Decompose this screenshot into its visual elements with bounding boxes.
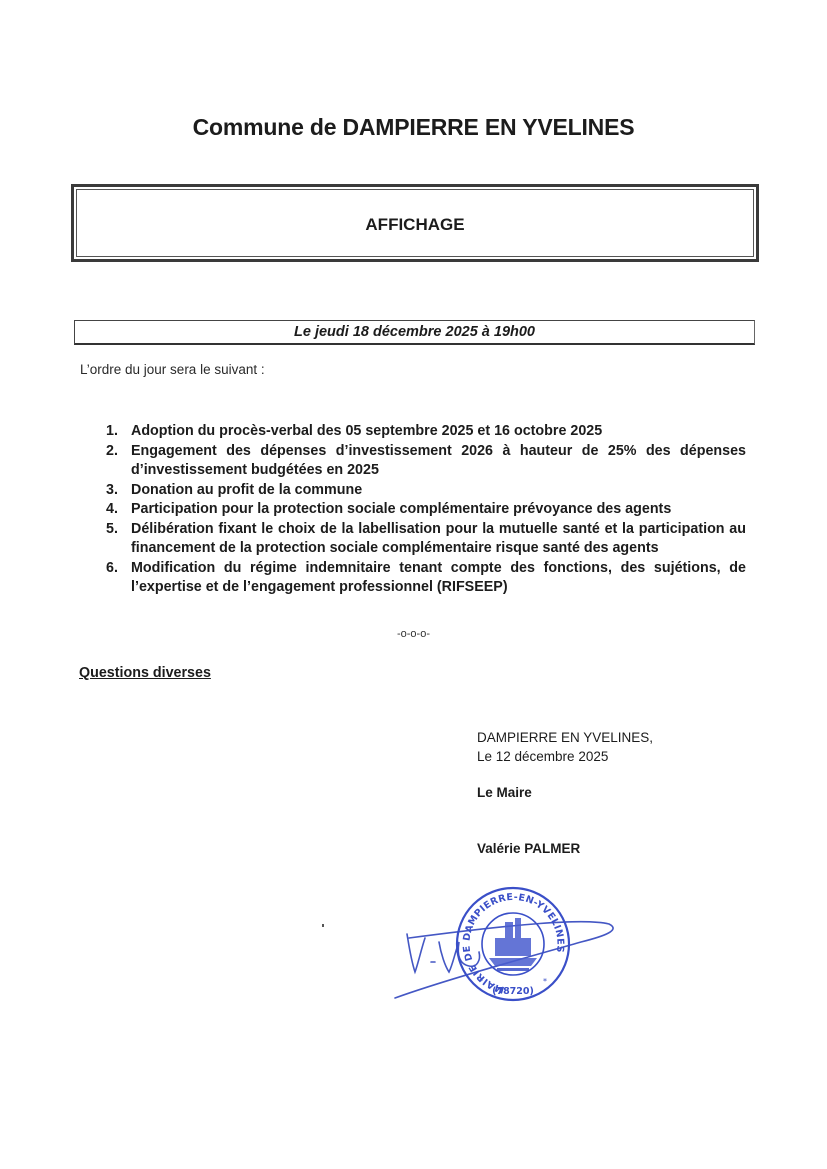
meeting-date: Le jeudi 18 décembre 2025 à 19h00	[75, 324, 754, 340]
signatory-role: Le Maire	[477, 783, 532, 802]
signature-date: Le 12 décembre 2025	[477, 747, 653, 766]
svg-text:*: *	[479, 977, 483, 986]
agenda-item-text: Donation au profit de la commune	[131, 482, 362, 498]
agenda-item: 1.Adoption du procès-verbal des 05 septe…	[106, 422, 746, 442]
official-seal-icon: MAIRIE DE DAMPIERRE-EN-YVELINES (78720) …	[385, 880, 635, 1010]
agenda-item-text: Engagement des dépenses d’investissement…	[131, 443, 746, 479]
signature-place: DAMPIERRE EN YVELINES,	[477, 728, 653, 747]
agenda-item-number: 4.	[106, 500, 118, 520]
questions-diverses-heading: Questions diverses	[79, 665, 211, 681]
meeting-date-bar: Le jeudi 18 décembre 2025 à 19h00	[74, 320, 755, 345]
agenda-list: 1.Adoption du procès-verbal des 05 septe…	[106, 422, 746, 598]
seal-postal-code: (78720)	[492, 986, 534, 997]
agenda-item: 6.Modification du régime indemnitaire te…	[106, 559, 746, 598]
scan-speck	[322, 924, 324, 927]
agenda-item: 4.Participation pour la protection socia…	[106, 500, 746, 520]
page-title: Commune de DAMPIERRE EN YVELINES	[0, 114, 827, 141]
signatory-name: Valérie PALMER	[477, 839, 580, 858]
agenda-item-number: 2.	[106, 442, 118, 462]
agenda-item-number: 1.	[106, 422, 118, 442]
agenda-item-number: 5.	[106, 520, 118, 540]
signature-block: DAMPIERRE EN YVELINES, Le 12 décembre 20…	[477, 728, 653, 766]
agenda-item-text: Délibération fixant le choix de la label…	[131, 521, 746, 557]
agenda-item-text: Participation pour la protection sociale…	[131, 501, 671, 517]
agenda-item-text: Modification du régime indemnitaire tena…	[131, 560, 746, 596]
notice-type-label: AFFICHAGE	[74, 215, 756, 235]
notice-type-box: AFFICHAGE	[71, 184, 759, 262]
svg-text:*: *	[543, 977, 547, 986]
agenda-intro: L’ordre du jour sera le suivant :	[80, 362, 265, 377]
agenda-item: 2.Engagement des dépenses d’investisseme…	[106, 442, 746, 481]
seal-emblem	[489, 918, 537, 971]
agenda-item-number: 3.	[106, 481, 118, 501]
agenda-item-text: Adoption du procès-verbal des 05 septemb…	[131, 423, 602, 439]
section-separator: -o-o-o-	[0, 628, 827, 640]
agenda-item: 3.Donation au profit de la commune	[106, 481, 746, 501]
signature-and-seal: MAIRIE DE DAMPIERRE-EN-YVELINES (78720) …	[385, 880, 635, 1010]
agenda-item-number: 6.	[106, 559, 118, 579]
agenda-item: 5.Délibération fixant le choix de la lab…	[106, 520, 746, 559]
